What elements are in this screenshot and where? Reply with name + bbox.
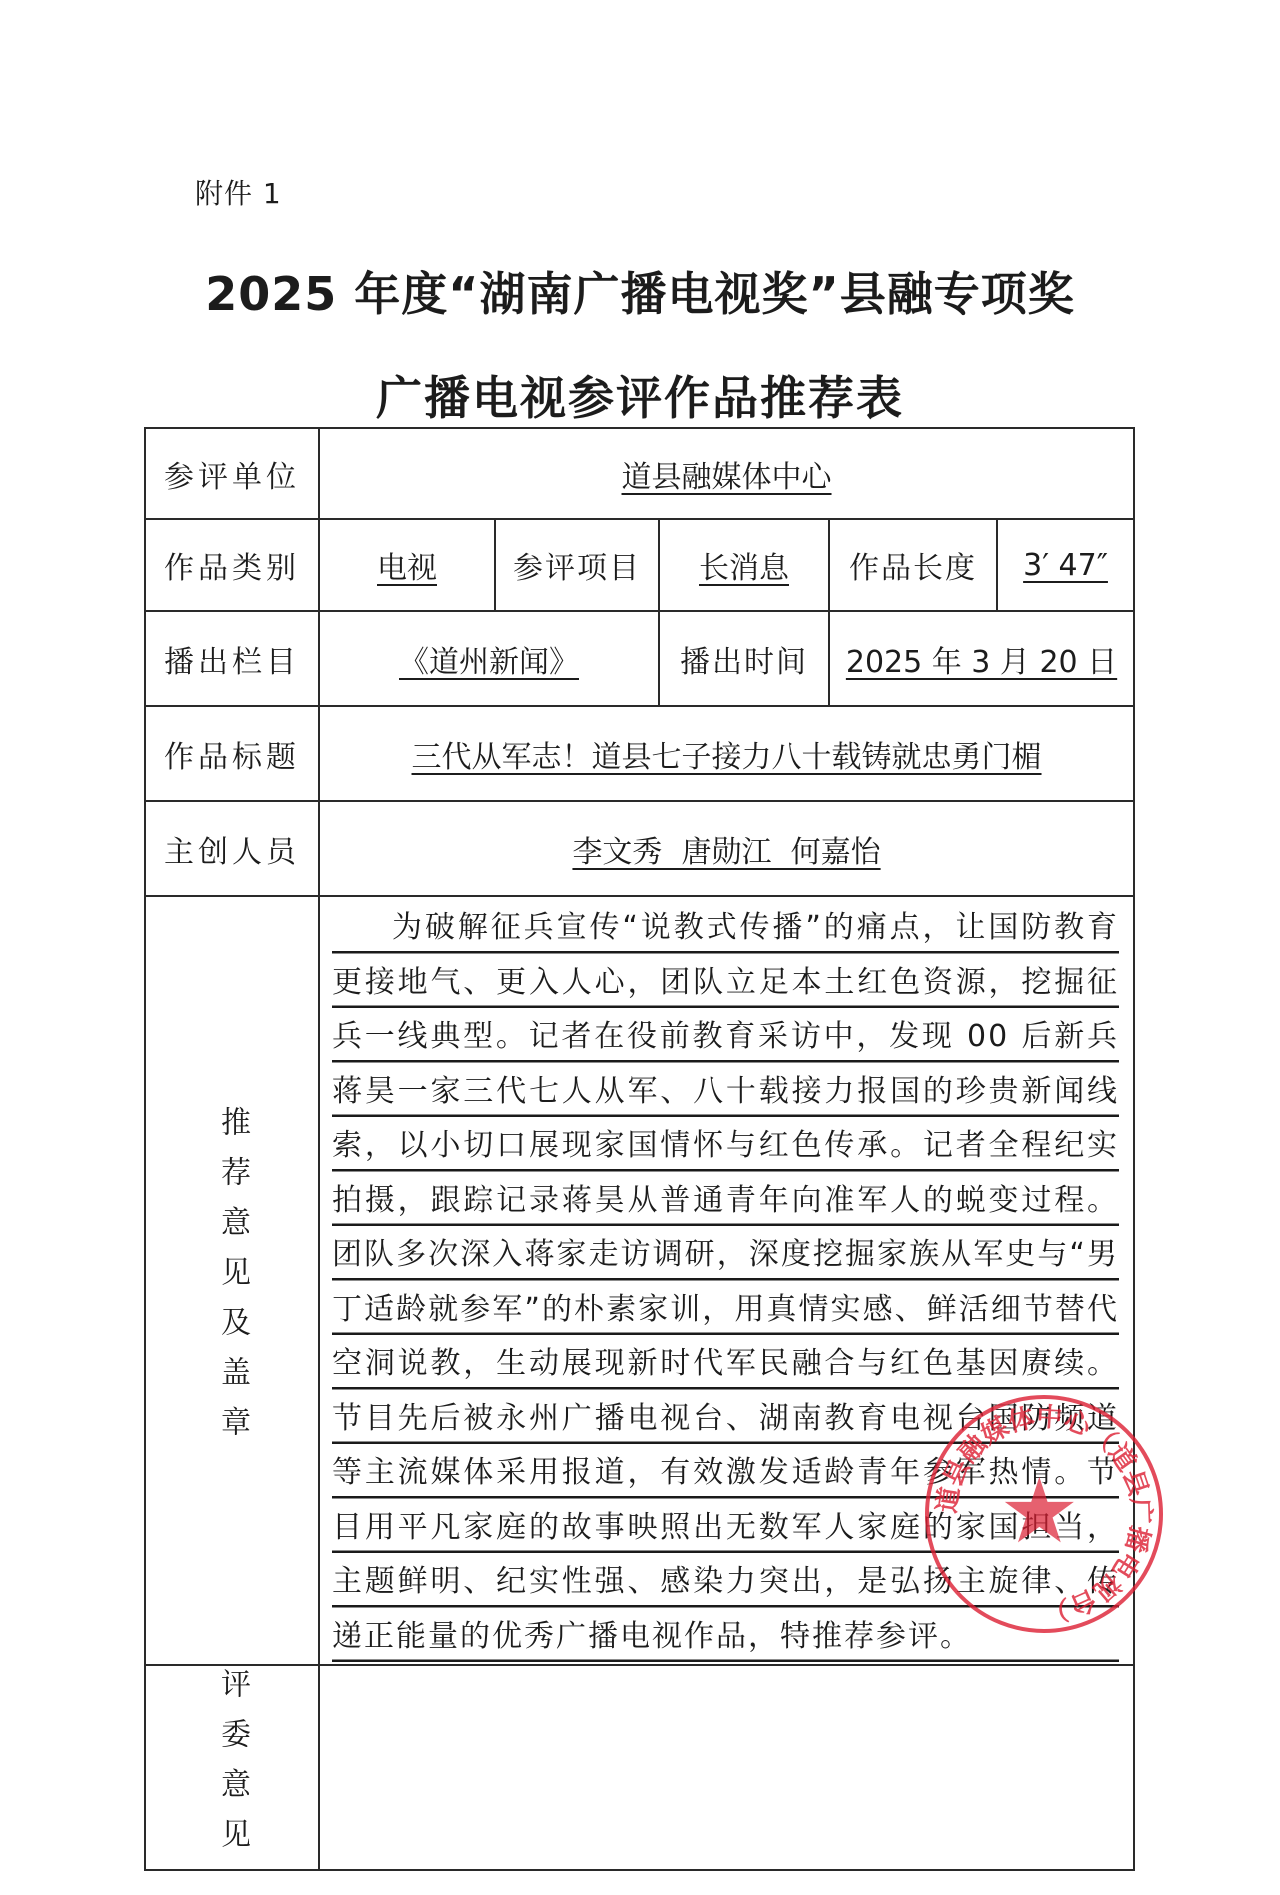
creators-label: 主创人员 <box>145 801 319 896</box>
length-label: 作品长度 <box>829 519 997 611</box>
row-category: 作品类别 电视 参评项目 长消息 作品长度 3′ 47″ <box>145 519 1134 611</box>
document-title: 2025 年度“湖南广播电视奖”县融专项奖 <box>0 258 1280 324</box>
category-value: 电视 <box>319 519 495 611</box>
recommendation-label: 推荐意见及盖章 <box>210 1106 254 1456</box>
work-title-label: 作品标题 <box>145 706 319 801</box>
unit-label: 参评单位 <box>145 428 319 519</box>
project-label: 参评项目 <box>495 519 659 611</box>
row-unit: 参评单位 道县融媒体中心 <box>145 428 1134 519</box>
work-title-value: 三代从军志！道县七子接力八十载铸就忠勇门楣 <box>319 706 1134 801</box>
unit-value: 道县融媒体中心 <box>319 428 1134 519</box>
attachment-label: 附件 1 <box>195 172 282 212</box>
document-subtitle: 广播电视参评作品推荐表 <box>0 362 1280 428</box>
jury-label-cell: 评委意见 <box>145 1665 319 1870</box>
row-jury: 评委意见 <box>145 1665 1134 1870</box>
creators-value: 李文秀 唐勋江 何嘉怡 <box>319 801 1134 896</box>
broadcast-column-value: 《道州新闻》 <box>319 611 659 706</box>
jury-opinion-field[interactable] <box>319 1665 1134 1870</box>
category-label: 作品类别 <box>145 519 319 611</box>
row-creators: 主创人员 李文秀 唐勋江 何嘉怡 <box>145 801 1134 896</box>
row-broadcast: 播出栏目 《道州新闻》 播出时间 2025 年 3 月 20 日 <box>145 611 1134 706</box>
length-value: 3′ 47″ <box>997 519 1134 611</box>
broadcast-time-value: 2025 年 3 月 20 日 <box>829 611 1134 706</box>
recommendation-form-table: 参评单位 道县融媒体中心 作品类别 电视 参评项目 长消息 作品长度 3′ 47… <box>144 427 1135 1871</box>
recommendation-text-cell: 为破解征兵宣传“说教式传播”的痛点，让国防教育更接地气、更入人心，团队立足本土红… <box>319 896 1134 1665</box>
row-recommendation: 推荐意见及盖章 为破解征兵宣传“说教式传播”的痛点，让国防教育更接地气、更入人心… <box>145 896 1134 1665</box>
row-work-title: 作品标题 三代从军志！道县七子接力八十载铸就忠勇门楣 <box>145 706 1134 801</box>
broadcast-time-label: 播出时间 <box>659 611 829 706</box>
broadcast-column-label: 播出栏目 <box>145 611 319 706</box>
recommendation-text: 为破解征兵宣传“说教式传播”的痛点，让国防教育更接地气、更入人心，团队立足本土红… <box>332 901 1119 1664</box>
recommendation-label-cell: 推荐意见及盖章 <box>145 896 319 1665</box>
project-value: 长消息 <box>659 519 829 611</box>
jury-label: 评委意见 <box>210 1668 254 1868</box>
